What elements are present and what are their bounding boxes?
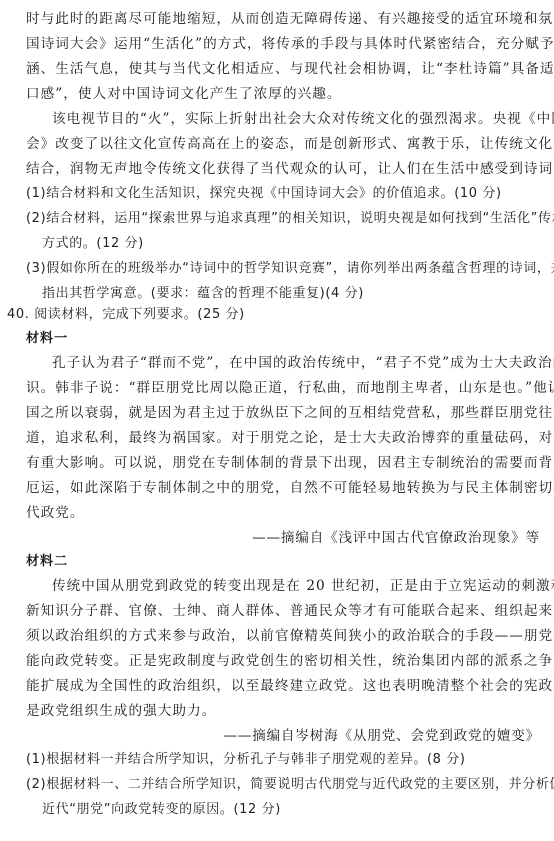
- body-text-line: 道，追求私利，最终为祸国家。对于朋党之论，是士大夫政治博弈的重量砝码，对于朝政局…: [26, 428, 540, 448]
- question-40-title: 40. 阅读材料，完成下列要求。(25 分): [7, 305, 540, 325]
- body-text-line: 新知识分子群、官僚、士绅、商人群体、普通民众等才有可能联合起来、组织起来，才意识…: [26, 601, 540, 621]
- question-40-1: (1)根据材料一并结合所学知识，分析孔子与韩非子朋党观的差异。(8 分): [26, 750, 540, 770]
- body-text-line: 识。韩非子说：“群臣朋党比周以隐正道，行私曲，而地削主卑者，山东是也。”他认为山…: [26, 378, 540, 398]
- body-text-line: 代政党。: [26, 503, 540, 523]
- material-2-heading: 材料二: [26, 552, 540, 572]
- body-text-line: 口感”，使人对中国诗词文化产生了浓厚的兴趣。: [26, 84, 540, 104]
- body-text-line: 国诗词大会》运用“生活化”的方式，将传承的手段与具体时代紧密结合，充分赋予其时代…: [26, 34, 540, 54]
- body-text-line: 涵、生活气息，使其与当代文化相适应、与现代社会相协调，让“李杜诗篇”具备适宜的“…: [26, 59, 540, 79]
- question-39-1: (1)结合材料和文化生活知识，探究央视《中国诗词大会》的价值追求。(10 分): [26, 184, 540, 204]
- body-text-line: 能扩展成为全国性的政治组织，以至最终建立政党。这也表明晚清整个社会的宪政追求正: [26, 676, 540, 696]
- question-40-2: (2)根据材料一、二并结合所学知识，简要说明古代朋党与近代政党的主要区别，并分析…: [26, 775, 540, 795]
- body-text-line: 结合，润物无声地令传统文化获得了当代观众的认可，让人们在生活中感受到诗词的美好。: [26, 159, 540, 179]
- body-text-line: 会》改变了以往文化宣传高高在上的姿态，而是创新形式、寓教于乐，让传统文化与生活紧…: [26, 134, 540, 154]
- question-39-2: (2)结合材料，运用“探索世界与追求真理”的相关知识，说明央视是如何找到“生活化…: [26, 209, 540, 229]
- body-text-line: 有重大影响。可以说，朋党在专制体制的背景下出现，因君主专制统治的需要而背负恶名和: [26, 453, 540, 473]
- body-text-line: 时与此时的距离尽可能地缩短，从而创造无障碍传递、有兴趣接受的适宜环境和氛围？《中: [26, 9, 540, 29]
- material-1-source: ——摘编自《浅评中国古代官僚政治现象》等: [26, 528, 540, 548]
- question-39-3-cont: 指出其哲学寓意。(要求：蕴含的哲理不能重复)(4 分): [42, 284, 540, 304]
- question-39-2-cont: 方式的。(12 分): [42, 234, 540, 254]
- body-text-line: 能向政党转变。正是宪政制度与政党创生的密切相关性，统治集团内部的派系之争才有可: [26, 651, 540, 671]
- body-text-line: 传统中国从朋党到政党的转变出现是在 20 世纪初，正是由于立宪运动的刺激和训练，: [52, 576, 540, 596]
- body-text-line: 该电视节目的“火”，实际上折射出社会大众对传统文化的强烈渴求。央视《中国诗词大: [52, 109, 540, 129]
- body-text-line: 国之所以衰弱，就是因为君主过于放纵臣下之间的互相结党营私，那些群臣朋党往往隐匿正: [26, 403, 540, 423]
- question-40-2-cont: 近代“朋党”向政党转变的原因。(12 分): [42, 800, 540, 820]
- body-text-line: 孔子认为君子“群而不党”，在中国的政治传统中，“君子不党”成为士大夫政治的重要标: [52, 353, 540, 373]
- material-2-source: ——摘编自岑树海《从朋党、会党到政党的嬗变》: [26, 726, 540, 746]
- body-text-line: 是政党组织生成的强大助力。: [26, 701, 540, 721]
- question-39-3: (3)假如你所在的班级举办“诗词中的哲学知识竞赛”，请你列举出两条蕴含哲理的诗词…: [26, 259, 540, 279]
- body-text-line: 厄运，如此深陷于专制体制之中的朋党，自然不可能轻易地转换为与民主体制密切相关的现: [26, 478, 540, 498]
- material-1-heading: 材料一: [26, 329, 540, 349]
- exam-page: 时与此时的距离尽可能地缩短，从而创造无障碍传递、有兴趣接受的适宜环境和氛围？《中…: [0, 0, 554, 841]
- body-text-line: 须以政治组织的方式来参与政治，以前官僚精英间狭小的政治联合的手段——朋党才有可: [26, 626, 540, 646]
